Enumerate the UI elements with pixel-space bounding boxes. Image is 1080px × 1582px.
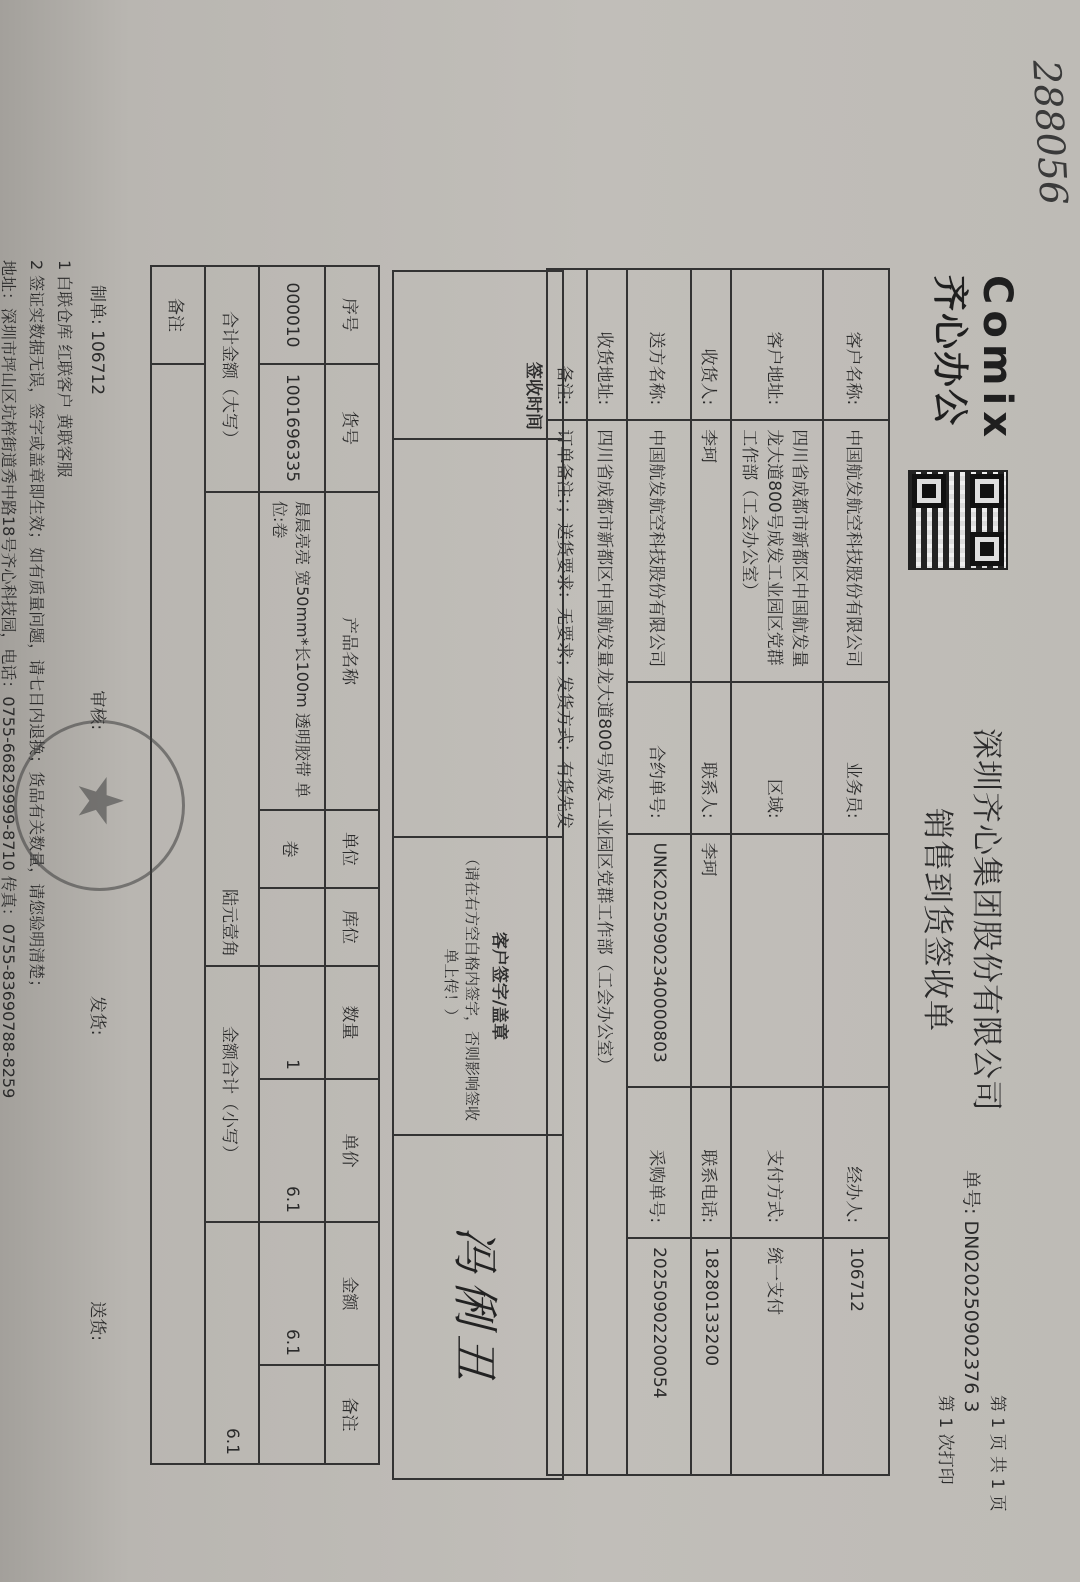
salesperson-label: 业务员: bbox=[823, 682, 889, 833]
print-count: 第 1 次打印 bbox=[932, 1170, 958, 1512]
footer-note-2: 2 签证实数据无误，签字或盖章即生效；如有质量问题，请七日内退换；货品有关数量，… bbox=[22, 260, 50, 1098]
items-remark-label: 备注 bbox=[151, 266, 205, 364]
row-note bbox=[259, 1365, 325, 1464]
delivery-address: 四川省成都市新都区中国航发量龙大道800号成发工业园区党群工作部（工会办公室） bbox=[587, 420, 627, 1475]
purchase-no: 20250902200054 bbox=[627, 1238, 691, 1475]
footer-note-1: 1 白联仓库 红联客户 黄联客服 bbox=[50, 260, 78, 1098]
company-seal: ★ bbox=[14, 720, 185, 891]
delivery-address-label: 收货地址: bbox=[587, 269, 627, 420]
total-upper: 陆元壹角 bbox=[205, 492, 259, 966]
shipto-name-label: 送方名称: bbox=[627, 269, 691, 420]
customer-sign-label: 客户签字/盖章 bbox=[490, 846, 515, 1126]
payment-label: 支付方式: bbox=[731, 1087, 823, 1238]
info-table: 客户名称: 中国航发航空科技股份有限公司 业务员: 经办人: 106712 客户… bbox=[546, 268, 890, 1476]
payment: 统一支付 bbox=[731, 1238, 823, 1475]
logo-en: Comix bbox=[974, 275, 1020, 443]
customer-name-label: 客户名称: bbox=[823, 269, 889, 420]
brand-logo: Comix 齐心办公 bbox=[927, 275, 1020, 443]
phone: 18280133200 bbox=[691, 1238, 731, 1475]
delivery-receipt-page: 288056 Comix 齐心办公 深圳齐心集团股份有限公司 销售到货签收单 第… bbox=[0, 0, 1080, 1582]
col-note: 备注 bbox=[325, 1365, 379, 1464]
col-product-name: 产品名称 bbox=[325, 492, 379, 810]
doc-no: DN020250902376 3 bbox=[960, 1220, 982, 1412]
document-header: 深圳齐心集团股份有限公司 销售到货签收单 bbox=[918, 690, 1012, 1150]
handler-label: 经办人: bbox=[823, 1087, 889, 1238]
handwritten-note: 288056 bbox=[1024, 59, 1076, 206]
receiver: 李珂 bbox=[691, 420, 731, 682]
document-title: 销售到货签收单 bbox=[918, 690, 963, 1150]
contract-no-label: 合约单号: bbox=[627, 682, 691, 833]
items-header-row: 序号 货号 产品名称 单位 库位 数量 单价 金额 备注 bbox=[325, 266, 379, 1464]
row-seq: 000010 bbox=[259, 266, 325, 364]
salesperson bbox=[823, 834, 889, 1087]
row-sku: 1001696335 bbox=[259, 364, 325, 492]
region bbox=[731, 834, 823, 1087]
col-seq: 序号 bbox=[325, 266, 379, 364]
row-product-name: 晨晨亮亮 宽50mm*长100m 透明胶带 单位:卷 bbox=[259, 492, 325, 810]
total-upper-label: 合计金额（大写） bbox=[205, 266, 259, 492]
maker: 106712 bbox=[79, 330, 115, 395]
qr-code-icon bbox=[908, 470, 1008, 570]
items-table: 序号 货号 产品名称 单位 库位 数量 单价 金额 备注 000010 1001… bbox=[150, 265, 380, 1465]
document-meta: 第 1 页 共 1 页 单号: DN020250902376 3 第 1 次打印 bbox=[932, 1170, 1010, 1512]
total-lower-label: 金额合计（小写） bbox=[205, 966, 259, 1222]
logo-cn: 齐心办公 bbox=[927, 275, 978, 443]
footer-address: 地址：深圳市坪山区坑梓街道秀中路18号齐心科技园，电话：0755-6682999… bbox=[0, 260, 22, 1098]
customer-address: 四川省成都市新都区中国航发量龙大道800号成发工业园区党群工作部（工会办公室） bbox=[731, 420, 823, 682]
sign-time-label: 签收时间 bbox=[393, 271, 563, 439]
col-unit: 单位 bbox=[325, 810, 379, 888]
footer-notes: 1 白联仓库 红联客户 黄联客服 2 签证实数据无误，签字或盖章即生效；如有质量… bbox=[0, 260, 78, 1098]
row-qty: 1 bbox=[259, 966, 325, 1079]
deliverer-label: 送货: bbox=[79, 1301, 115, 1341]
col-location: 库位 bbox=[325, 888, 379, 966]
signature-table: 签收时间 客户签字/盖章 （请在右方空白格内签字，否则影响签收单上传！） 冯俐丑 bbox=[392, 270, 564, 1480]
region-label: 区域: bbox=[731, 682, 823, 833]
doc-no-label: 单号: bbox=[960, 1170, 982, 1214]
company-name: 深圳齐心集团股份有限公司 bbox=[967, 690, 1012, 1150]
customer-sign-hint: （请在右方空白格内签字，否则影响签收单上传！） bbox=[442, 846, 484, 1126]
total-lower: 6.1 bbox=[205, 1222, 259, 1464]
customer-signature[interactable]: 冯俐丑 bbox=[448, 1226, 502, 1388]
star-icon: ★ bbox=[64, 773, 137, 829]
col-qty: 数量 bbox=[325, 966, 379, 1079]
col-price: 单价 bbox=[325, 1079, 379, 1222]
col-amount: 金额 bbox=[325, 1222, 379, 1365]
table-row: 000010 1001696335 晨晨亮亮 宽50mm*长100m 透明胶带 … bbox=[259, 266, 325, 1464]
contact: 李珂 bbox=[691, 834, 731, 1087]
row-amount: 6.1 bbox=[259, 1222, 325, 1365]
row-location bbox=[259, 888, 325, 966]
customer-name: 中国航发航空科技股份有限公司 bbox=[823, 420, 889, 682]
receiver-label: 收货人: bbox=[691, 269, 731, 420]
row-price: 6.1 bbox=[259, 1079, 325, 1222]
maker-label: 制单: bbox=[79, 285, 115, 325]
sign-time-field[interactable] bbox=[393, 439, 563, 837]
page-info: 第 1 页 共 1 页 bbox=[984, 1170, 1010, 1512]
purchase-no-label: 采购单号: bbox=[627, 1087, 691, 1238]
customer-address-label: 客户地址: bbox=[731, 269, 823, 420]
items-remark bbox=[151, 364, 205, 1464]
col-sku: 货号 bbox=[325, 364, 379, 492]
photo-frame: 288056 Comix 齐心办公 深圳齐心集团股份有限公司 销售到货签收单 第… bbox=[0, 0, 1080, 1582]
contract-no: UNK20250902340000803 bbox=[627, 834, 691, 1087]
totals-row: 合计金额（大写） 陆元壹角 金额合计（小写） 6.1 bbox=[205, 266, 259, 1464]
phone-label: 联系电话: bbox=[691, 1087, 731, 1238]
row-unit: 卷 bbox=[259, 810, 325, 888]
shipper-label: 发货: bbox=[79, 996, 115, 1296]
contact-label: 联系人: bbox=[691, 682, 731, 833]
shipto-name: 中国航发航空科技股份有限公司 bbox=[627, 420, 691, 682]
handler: 106712 bbox=[823, 1238, 889, 1475]
